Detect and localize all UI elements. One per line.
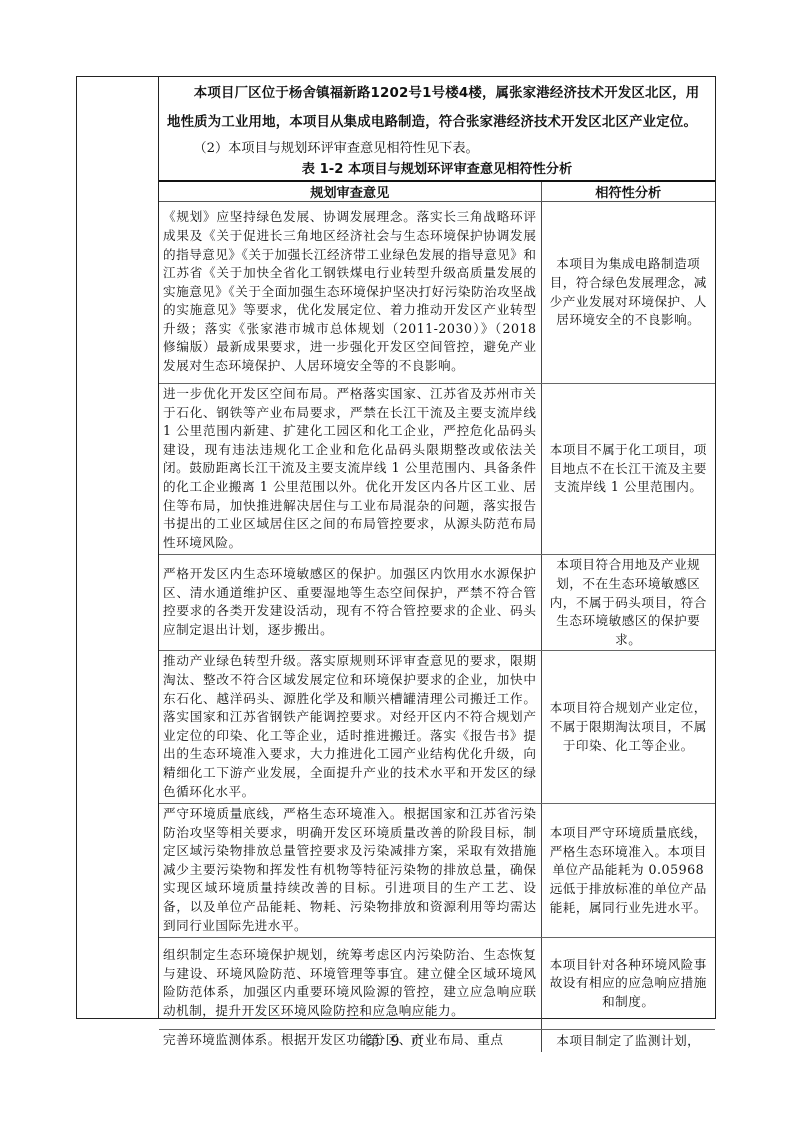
analysis-cell: 本项目针对各种环境风险事故设有相应的应急响应措施和制度。	[541, 938, 715, 1030]
analysis-cell: 本项目符合用地及产业规划，不在生态环境敏感区内，不属于码头项目，符合生态环境敏感…	[541, 555, 715, 651]
frame-label-column	[77, 77, 159, 1018]
analysis-cell: 本项目为集成电路制造项目，符合绿色发展理念，减少产业发展对环境保护、人居环境安全…	[541, 202, 715, 384]
table-intro-note: （2）本项目与规划环评审查意见相符性见下表。	[167, 137, 479, 161]
opinion-cell: 推动产业绿色转型升级。落实原规则环评审查意见的要求，限期淘汰、整改不符合区域发展…	[159, 651, 541, 804]
table-header-row: 规划审查意见 相符性分析	[159, 181, 715, 202]
page-frame: 本项目厂区位于杨舍镇福新路1202号1号楼4楼，属张家港经济技术开发区北区，用地…	[76, 76, 716, 1019]
table-row: 进一步优化开发区空间布局。严格落实国家、江苏省及苏州市关于石化、钢铁等产业布局要…	[159, 384, 715, 555]
column-header-opinion: 规划审查意见	[159, 181, 541, 202]
column-header-analysis: 相符性分析	[541, 181, 715, 202]
page-number: 第 9 页	[0, 1031, 793, 1051]
opinion-cell: 组织制定生态环境保护规划，统筹考虑区内污染防治、生态恢复与建设、环境风险防范、环…	[159, 938, 541, 1030]
table-row: 严守环境质量底线，严格生态环境准入。根据国家和江苏省污染防治攻坚等相关要求，明确…	[159, 804, 715, 938]
compliance-table: 规划审查意见 相符性分析 《规划》应坚持绿色发展、协调发展理念。落实长三角战略环…	[159, 180, 715, 1052]
opinion-cell: 严格开发区内生态环境敏感区的保护。加强区内饮用水水源保护区、清水通道维护区、重要…	[159, 555, 541, 651]
frame-content-column: 本项目厂区位于杨舍镇福新路1202号1号楼4楼，属张家港经济技术开发区北区，用地…	[159, 77, 715, 1018]
analysis-cell: 本项目不属于化工项目，项目地点不在长江干流及主要支流岸线 1 公里范围内。	[541, 384, 715, 555]
analysis-cell: 本项目严守环境质量底线，严格生态环境准入。本项目单位产品能耗为 0.05968 …	[541, 804, 715, 938]
table-row: 《规划》应坚持绿色发展、协调发展理念。落实长三角战略环评成果及《关于促进长三角地…	[159, 202, 715, 384]
opinion-cell: 《规划》应坚持绿色发展、协调发展理念。落实长三角战略环评成果及《关于促进长三角地…	[159, 202, 541, 384]
opinion-cell: 严守环境质量底线，严格生态环境准入。根据国家和江苏省污染防治攻坚等相关要求，明确…	[159, 804, 541, 938]
opinion-cell: 进一步优化开发区空间布局。严格落实国家、江苏省及苏州市关于石化、钢铁等产业布局要…	[159, 384, 541, 555]
table-row: 组织制定生态环境保护规划，统筹考虑区内污染防治、生态恢复与建设、环境风险防范、环…	[159, 938, 715, 1030]
table-row: 推动产业绿色转型升级。落实原规则环评审查意见的要求，限期淘汰、整改不符合区域发展…	[159, 651, 715, 804]
table-row: 严格开发区内生态环境敏感区的保护。加强区内饮用水水源保护区、清水通道维护区、重要…	[159, 555, 715, 651]
table-caption: 表 1-2 本项目与规划环评审查意见相符性分析	[159, 160, 715, 180]
intro-paragraph: 本项目厂区位于杨舍镇福新路1202号1号楼4楼，属张家港经济技术开发区北区，用地…	[167, 79, 709, 137]
analysis-cell: 本项目符合规划产业定位，不属于限期淘汰项目，不属于印染、化工等企业。	[541, 651, 715, 804]
